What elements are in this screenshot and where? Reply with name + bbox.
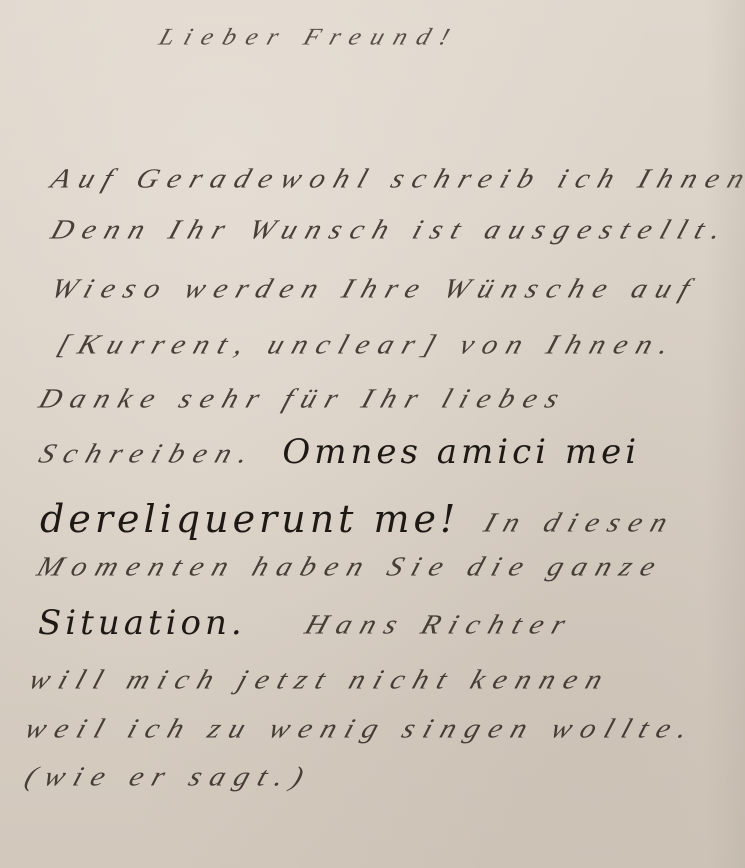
line-7-kurrent: In diesen (480, 507, 680, 538)
salutation: Lieber Freund! (156, 23, 464, 51)
line-7-latin: dereliquerunt me! (40, 497, 459, 541)
line-6-latin: Omnes amici mei (282, 432, 640, 472)
letter-line-1: Auf Geradewohl schreib ich Ihnen! (47, 163, 745, 194)
letter-line-4: [Kurrent, unclear] von Ihnen. (53, 329, 682, 360)
letter-line-7: dereliquerunt me!In diesen (40, 497, 675, 541)
letter-line-8: Momenten haben Sie die ganze (33, 551, 668, 582)
letter-line-9: Situation.Hans Richter (38, 603, 573, 643)
letter-line-11: weil ich zu wenig singen wollte. (21, 713, 701, 744)
line-6-kurrent: Schreiben. (35, 438, 262, 469)
letter-line-2: Denn Ihr Wunsch ist ausgestellt. (47, 214, 734, 245)
letter-line-12: (wie er sagt.) (21, 761, 316, 792)
letter-page: Lieber Freund! Auf Geradewohl schreib ic… (0, 0, 745, 868)
line-9-kurrent: Hans Richter (301, 609, 578, 640)
letter-line-3: Wieso werden Ihre Wünsche auf (47, 273, 703, 304)
letter-line-6: Schreiben.Omnes amici mei (40, 432, 640, 472)
letter-line-10: will mich jetzt nicht kennen (25, 664, 615, 695)
letter-line-5: Danke sehr für Ihr liebes (35, 383, 572, 414)
line-9-latin: Situation. (38, 603, 246, 643)
